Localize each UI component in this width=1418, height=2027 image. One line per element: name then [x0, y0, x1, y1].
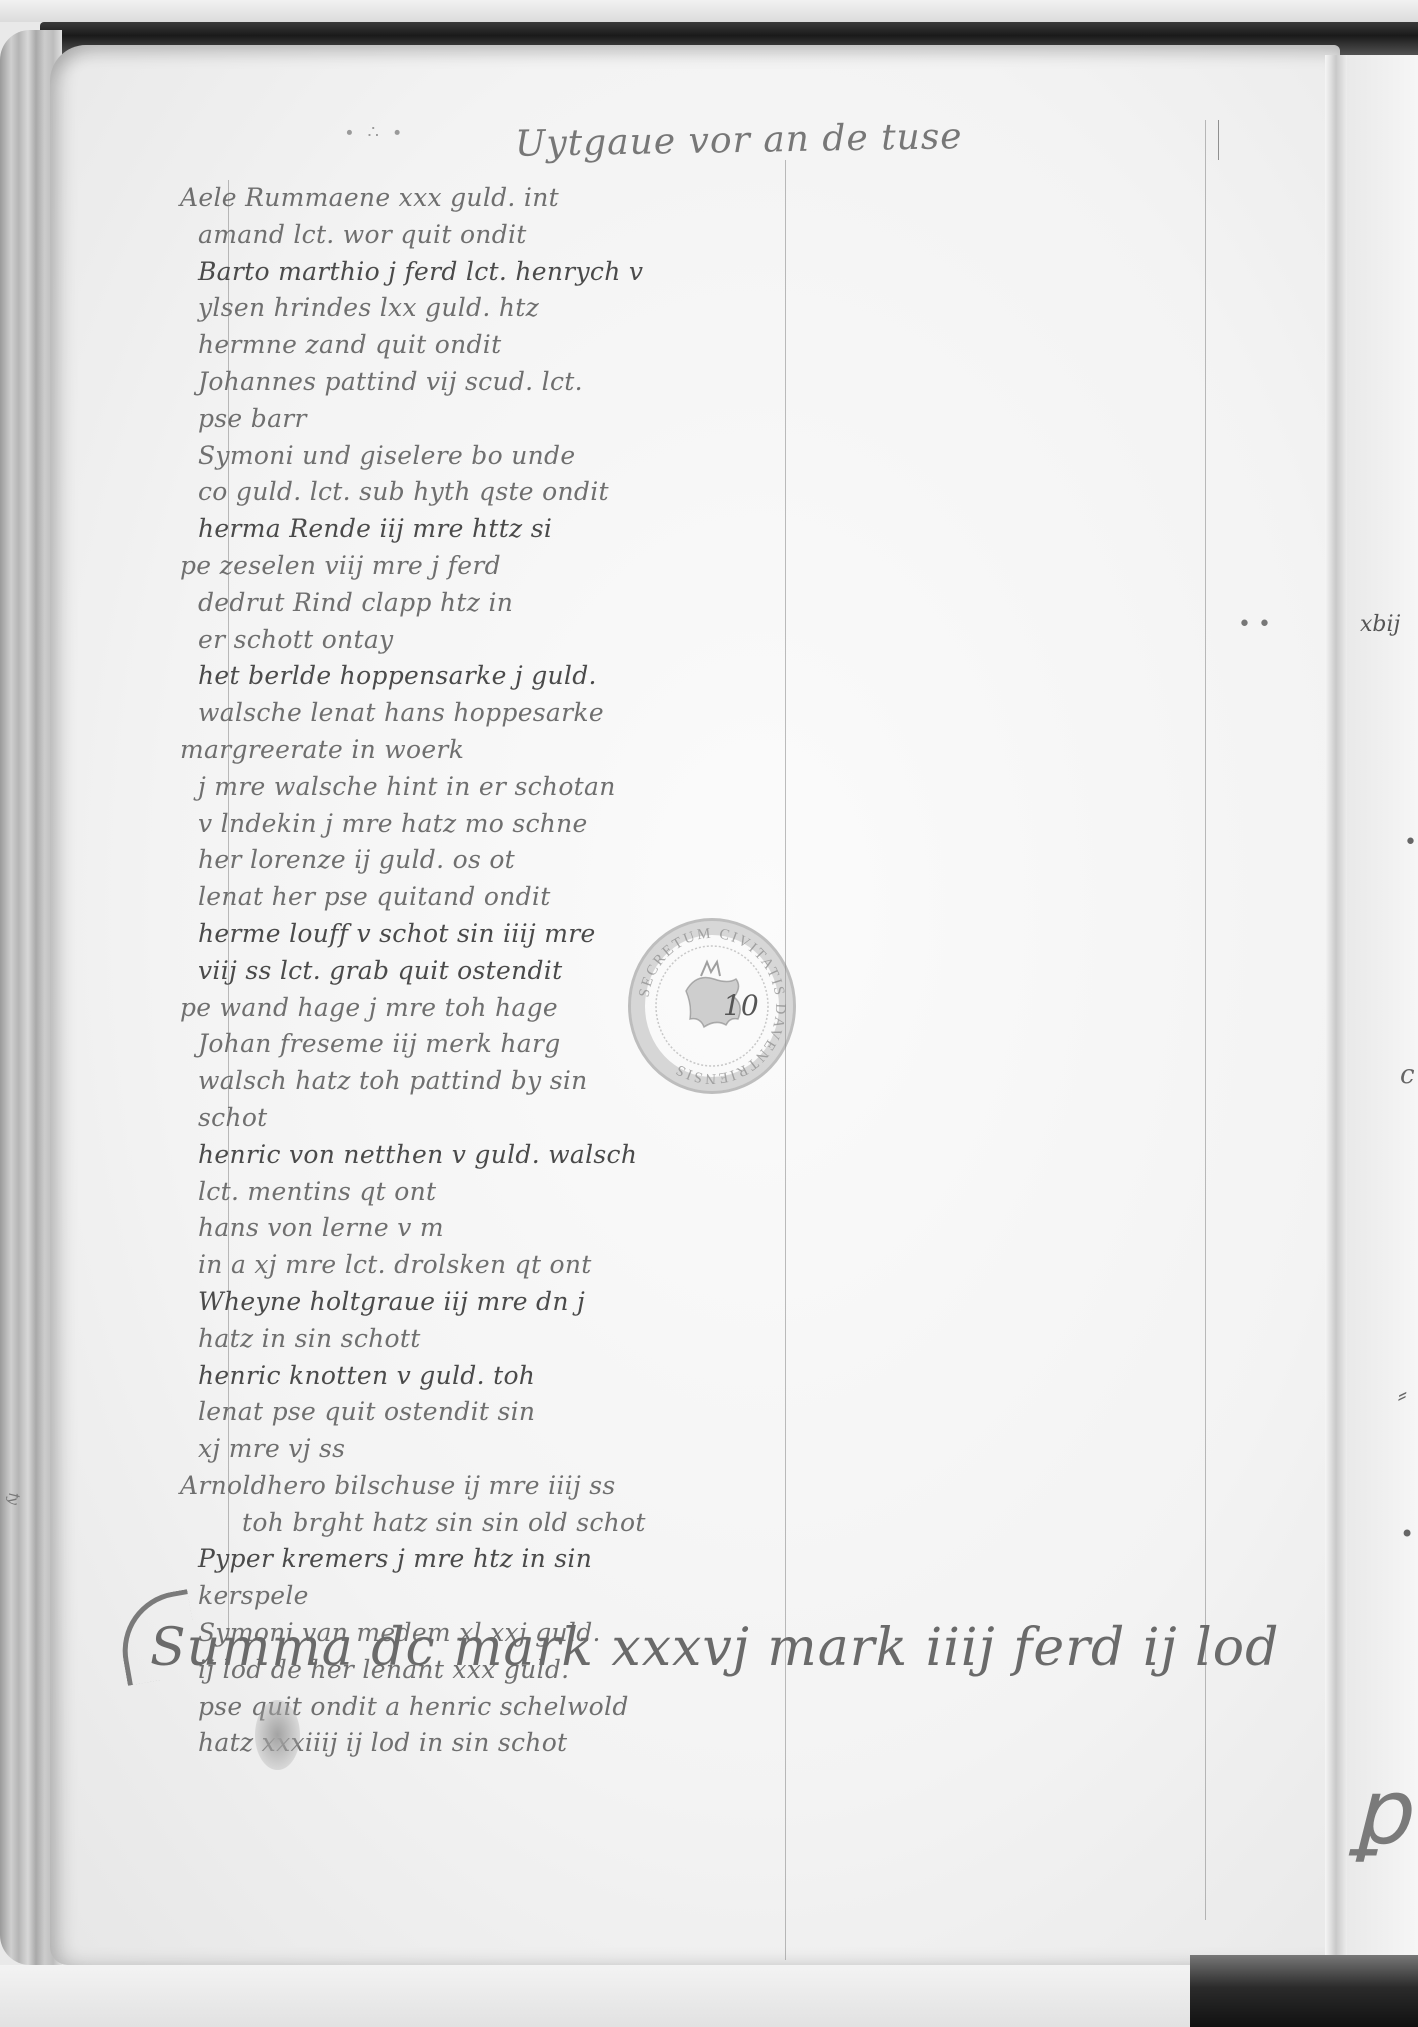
facing-page-glyph: •: [1400, 1520, 1414, 1548]
ledger-entry-line: schot: [198, 1100, 818, 1137]
city-seal-stamp: SECRETUM CIVITATIS DAVENTRIENSIS 10: [628, 918, 796, 1094]
facing-page-glyph: •: [1404, 830, 1417, 855]
ledger-entry-line: er schott ontay: [198, 622, 818, 659]
ledger-entry-line: Symoni und giselere bo unde: [198, 438, 818, 475]
ledger-entry-line: hermne zand quit ondit: [198, 327, 818, 364]
ink-stain: [255, 1700, 300, 1770]
seal-emblem-icon: SECRETUM CIVITATIS DAVENTRIENSIS: [631, 921, 793, 1091]
ledger-entry-line: Aele Rummaene xxx guld. int: [180, 180, 818, 217]
binding-margin-note: ꝉy: [5, 1491, 21, 1505]
book-edge-bottom: [1190, 1955, 1418, 2027]
summa-total-line: Summa dc mark xxxvj mark iiij ferd ij lo…: [150, 1618, 1279, 1678]
facing-page-glyph: ⸗: [1398, 1380, 1407, 1410]
facing-page-edge: [1347, 55, 1418, 1955]
ledger-entry-line: walsche lenat hans hoppesarke: [198, 695, 818, 732]
page-heading: Uytgaue vor an de tuse: [515, 116, 963, 165]
facing-page-capital: ꝑ: [1352, 1760, 1409, 1865]
right-margin-note: xbij: [1360, 612, 1400, 637]
ledger-entry-line: pe zeselen viij mre j ferd: [180, 548, 818, 585]
ruling-line-far-right: [1218, 120, 1219, 160]
ledger-entry-line: Johannes pattind vij scud. lct.: [198, 364, 818, 401]
ledger-entry-line: xj mre vj ss: [198, 1431, 818, 1468]
ledger-entry-line: in a xj mre lct. drolsken qt ont: [198, 1247, 818, 1284]
ledger-entry-line: toh brght hatz sin sin old schot: [198, 1505, 818, 1542]
ledger-entry-line: lenat her pse quitand ondit: [198, 879, 818, 916]
seal-overwritten-mark: 10: [723, 989, 759, 1022]
ledger-entry-line: dedrut Rind clapp htz in: [198, 585, 818, 622]
ledger-entry-line: her lorenze ij guld. os ot: [198, 842, 818, 879]
ledger-entry-line: hatz in sin schott: [198, 1321, 818, 1358]
ledger-entry-line: Arnoldhero bilschuse ij mre iiij ss: [180, 1468, 818, 1505]
ledger-entry-line: pse barr: [198, 401, 818, 438]
scanner-bed-bottom: [0, 1965, 1200, 2027]
facing-page-glyph: c: [1400, 1060, 1415, 1090]
ledger-entry-line: hans von lerne v m: [198, 1210, 818, 1247]
ledger-entry-line: co guld. lct. sub hyth qste ondit: [198, 474, 818, 511]
ledger-entry-line: ylsen hrindes lxx guld. htz: [198, 290, 818, 327]
margin-dots: • •: [1238, 612, 1271, 637]
ledger-entry-line: het berlde hoppensarke j guld.: [198, 658, 818, 695]
ledger-entry-line: v lndekin j mre hatz mo schne: [198, 806, 818, 843]
ledger-entry-line: henric von netthen v guld. walsch: [198, 1137, 818, 1174]
ledger-entry-line: kerspele: [198, 1578, 818, 1615]
ledger-entry-line: Wheyne holtgraue iij mre dn j: [198, 1284, 818, 1321]
faded-heading-mark: ∙ ∴ ∙: [345, 122, 406, 143]
ledger-entry-line: lenat pse quit ostendit sin: [198, 1394, 818, 1431]
ledger-entry-line: henric knotten v guld. toh: [198, 1358, 818, 1395]
ledger-entry-line: Pyper kremers j mre htz in sin: [198, 1541, 818, 1578]
ledger-entry-line: herma Rende iij mre httz si: [198, 511, 818, 548]
ledger-entry-line: margreerate in woerk: [180, 732, 818, 769]
ledger-entry-line: lct. mentins qt ont: [198, 1174, 818, 1211]
scanner-bed-top: [0, 0, 1418, 22]
ledger-entry-line: amand lct. wor quit ondit: [198, 217, 818, 254]
ledger-entry-line: Barto marthio j ferd lct. henrych v: [198, 254, 818, 291]
ledger-entry-line: j mre walsche hint in er schotan: [198, 769, 818, 806]
gutter-shadow: [1325, 55, 1347, 1955]
